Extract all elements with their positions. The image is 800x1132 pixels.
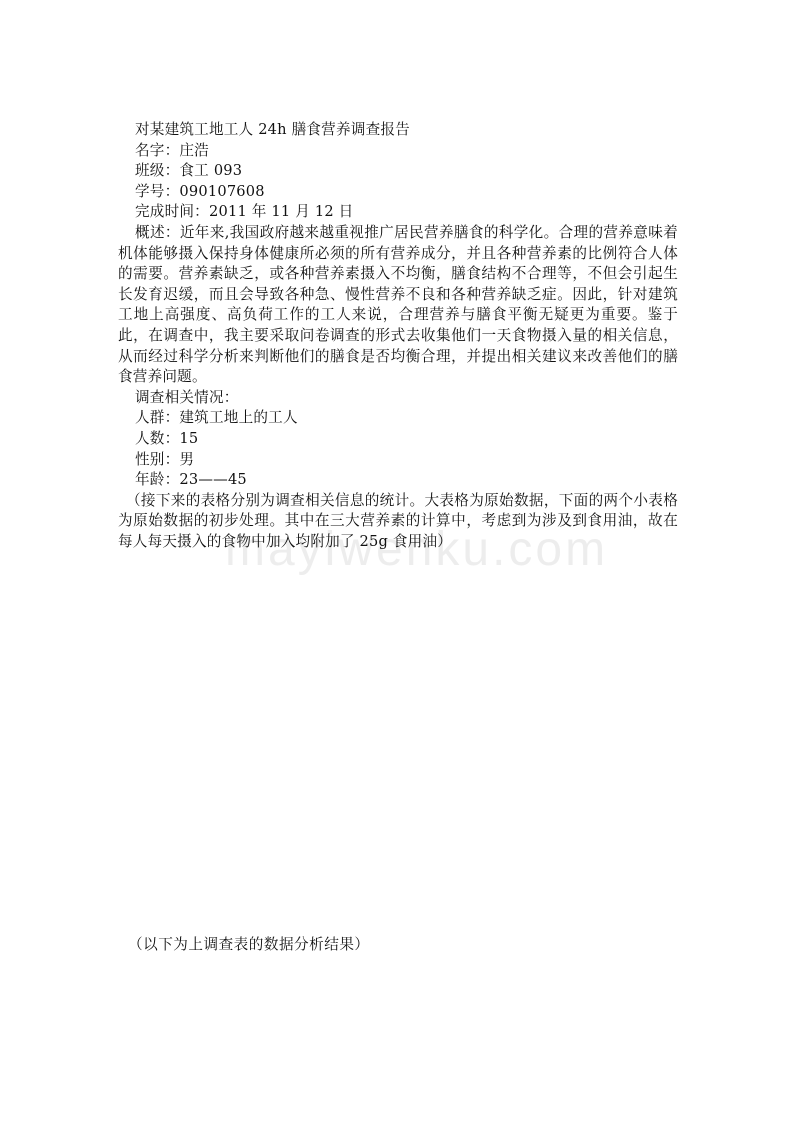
survey-count-label: 人数： bbox=[135, 430, 179, 447]
survey-population-label: 人群： bbox=[135, 409, 179, 426]
meta-class-value: 食工 093 bbox=[179, 162, 242, 179]
document-page: mayiwenku.com 对某建筑工地工人 24h 膳食营养调查报告 名字：庄… bbox=[0, 0, 800, 1132]
meta-class-label: 班级： bbox=[135, 162, 179, 179]
meta-completion-date-value: 2011 年 11 月 12 日 bbox=[209, 203, 353, 220]
meta-name-value: 庄浩 bbox=[179, 142, 209, 159]
document-body: 对某建筑工地工人 24h 膳食营养调查报告 名字：庄浩 班级：食工 093 学号… bbox=[118, 120, 678, 552]
survey-population: 人群：建筑工地上的工人 bbox=[118, 408, 678, 429]
meta-class: 班级：食工 093 bbox=[118, 161, 678, 182]
survey-count-value: 15 bbox=[179, 430, 198, 447]
survey-gender: 性别：男 bbox=[118, 450, 678, 471]
meta-completion-date: 完成时间：2011 年 11 月 12 日 bbox=[118, 202, 678, 223]
survey-age-label: 年龄： bbox=[135, 471, 179, 488]
survey-age: 年龄：23——45 bbox=[118, 470, 678, 491]
survey-gender-label: 性别： bbox=[135, 451, 179, 468]
meta-name-label: 名字： bbox=[135, 142, 179, 159]
survey-count: 人数：15 bbox=[118, 429, 678, 450]
meta-student-id-value: 090107608 bbox=[179, 183, 264, 200]
meta-student-id-label: 学号： bbox=[135, 183, 179, 200]
survey-heading: 调查相关情况： bbox=[118, 388, 678, 409]
survey-population-value: 建筑工地上的工人 bbox=[179, 409, 297, 426]
analysis-note: （以下为上调查表的数据分析结果） bbox=[128, 935, 370, 955]
meta-student-id: 学号：090107608 bbox=[118, 182, 678, 203]
survey-age-value: 23——45 bbox=[179, 471, 247, 488]
meta-name: 名字：庄浩 bbox=[118, 141, 678, 162]
document-title: 对某建筑工地工人 24h 膳食营养调查报告 bbox=[118, 120, 678, 141]
survey-gender-value: 男 bbox=[179, 451, 194, 468]
overview-paragraph: 概述：近年来,我国政府越来越重视推广居民营养膳食的科学化。合理的营养意味着机体能… bbox=[118, 223, 678, 388]
table-note-paragraph: （接下来的表格分别为调查相关信息的统计。大表格为原始数据，下面的两个小表格为原始… bbox=[118, 491, 678, 553]
meta-completion-date-label: 完成时间： bbox=[135, 203, 209, 220]
